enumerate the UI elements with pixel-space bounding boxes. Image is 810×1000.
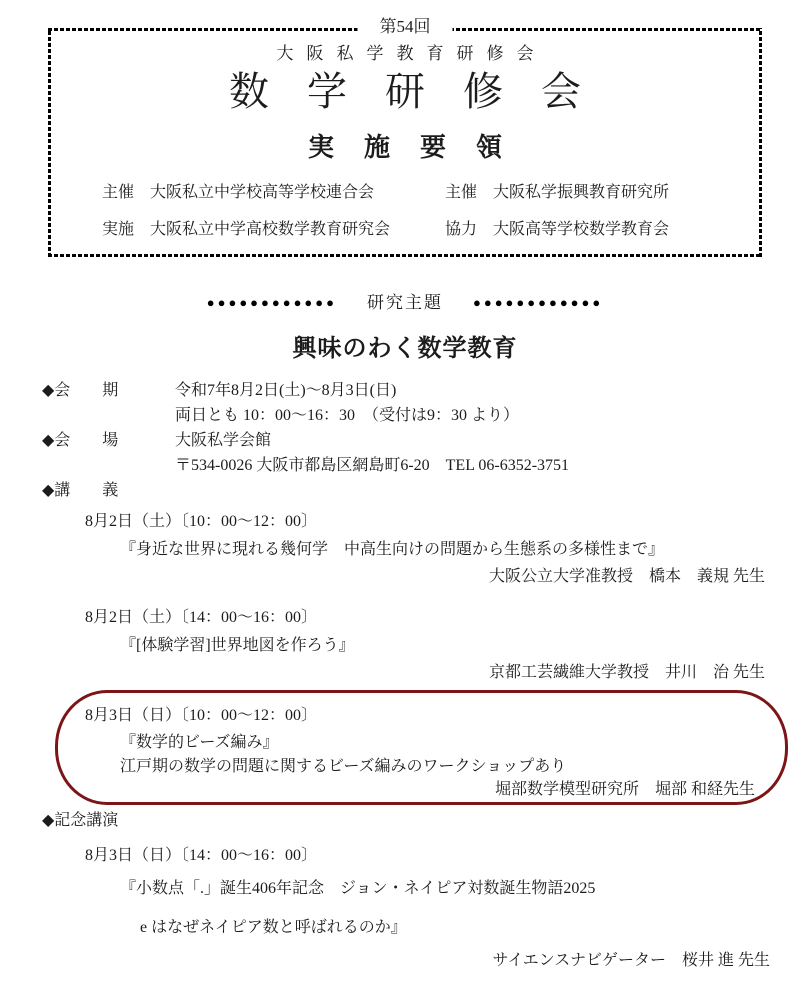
implementation-heading: 実施要領 [48, 132, 762, 162]
theme-title: 興味のわく数学教育 [0, 334, 810, 363]
venue-name: 大阪私学会館 [175, 431, 271, 450]
memorial-title-line2: e はなぜネイピア数と呼ばれるのか』 [42, 918, 810, 937]
lectures-heading-row: ◆講 義 [42, 481, 810, 500]
lecture-datetime: 8月2日（土）〔14：00～16：00〕 [85, 608, 765, 627]
lecture-datetime: 8月2日（土）〔10：00～12：00〕 [85, 512, 765, 531]
lecture-datetime: 8月3日（日）〔10：00～12：00〕 [85, 706, 755, 725]
lecture-block-3-highlighted: 8月3日（日）〔10：00～12：00〕 『数学的ビーズ編み』 江戸期の数学の問… [0, 690, 810, 807]
spacer [42, 406, 175, 425]
organizer-name: 大阪私学振興教育研究所 [493, 184, 669, 201]
memorial-datetime: 8月3日（日）〔14：00～16：00〕 [42, 846, 810, 865]
period-row: ◆会 期 令和7年8月2日(土)～8月3日(日) [42, 381, 810, 400]
session-number: 第54回 [358, 17, 453, 36]
venue-address: 〒534-0026 大阪市都島区網島町6-20 TEL 06-6352-3751 [175, 456, 569, 475]
memorial-lecture-section: ◆記念講演 8月3日（日）〔14：00～16：00〕 『小数点「.」誕生406年… [0, 811, 810, 970]
organizer-role: 主催 [102, 184, 134, 201]
dots-right-decoration: ●●●●●●●●●●●● [473, 296, 603, 309]
lecture-block-1: 8月2日（土）〔10：00～12：00〕 『身近な世界に現れる幾何学 中高生向け… [0, 512, 810, 586]
association-name: 大阪私学教育研修会 [48, 44, 762, 63]
event-title: 数学研修会 [48, 69, 762, 115]
lecture-title: 『身近な世界に現れる幾何学 中高生向けの問題から生態系の多様性まで』 [85, 540, 765, 559]
venue-row: ◆会 場 大阪私学会館 [42, 431, 810, 450]
organizer-role: 実施 [102, 221, 134, 238]
lecture-speaker: 大阪公立大学准教授 橋本 義規 先生 [85, 567, 765, 586]
organizer-name: 大阪私立中学高校数学教育研究会 [150, 221, 390, 238]
theme-row: ●●●●●●●●●●●● 研究主題 ●●●●●●●●●●●● [0, 293, 810, 312]
lecture-title: 『[体験学習]世界地図を作ろう』 [85, 636, 765, 655]
period-label: ◆会 期 [42, 381, 175, 400]
lectures-label: ◆講 義 [42, 481, 175, 500]
memorial-speaker: サイエンスナビゲーター 桜井 進 先生 [42, 951, 810, 970]
organizer-name: 大阪私立中学校高等学校連合会 [150, 184, 374, 201]
venue-address-row: 〒534-0026 大阪市都島区網島町6-20 TEL 06-6352-3751 [42, 456, 810, 475]
lecture-note: 江戸期の数学の問題に関するビーズ編みのワークショップあり [85, 757, 755, 776]
organizer-entry: 協力大阪高等学校数学教育会 [445, 220, 669, 239]
spacer [42, 456, 175, 475]
organizer-role: 協力 [445, 221, 477, 238]
dots-left-decoration: ●●●●●●●●●●●● [207, 296, 337, 309]
lecture-title: 『数学的ビーズ編み』 [85, 733, 755, 752]
period-hours: 両日とも 10：00～16：30 （受付は9：30 より） [175, 406, 519, 425]
theme-label: 研究主題 [367, 293, 443, 312]
organizer-entry: 主催大阪私学振興教育研究所 [445, 183, 669, 202]
organizer-entry: 実施大阪私立中学高校数学教育研究会 [102, 220, 445, 239]
lecture-speaker: 堀部数学模型研究所 堀部 和経先生 [85, 780, 755, 799]
organizer-name: 大阪高等学校数学教育会 [493, 221, 669, 238]
venue-label: ◆会 場 [42, 431, 175, 450]
period-hours-row: 両日とも 10：00～16：30 （受付は9：30 より） [42, 406, 810, 425]
lecture-block-2: 8月2日（土）〔14：00～16：00〕 『[体験学習]世界地図を作ろう』 京都… [0, 608, 810, 682]
memorial-label: ◆記念講演 [42, 811, 810, 830]
header-box: 第54回 大阪私学教育研修会 数学研修会 実施要領 主催大阪私立中学校高等学校連… [48, 28, 762, 257]
memorial-title-line1: 『小数点「.」誕生406年記念 ジョン・ネイピア対数誕生物語2025 [42, 879, 810, 898]
details-section: ◆会 期 令和7年8月2日(土)～8月3日(日) 両日とも 10：00～16：3… [0, 381, 810, 500]
document-page: 第54回 大阪私学教育研修会 数学研修会 実施要領 主催大阪私立中学校高等学校連… [0, 28, 810, 970]
period-dates: 令和7年8月2日(土)～8月3日(日) [175, 381, 396, 400]
organizer-entry: 主催大阪私立中学校高等学校連合会 [102, 183, 445, 202]
lecture-speaker: 京都工芸繊維大学教授 井川 治 先生 [85, 663, 765, 682]
organizer-role: 主催 [445, 184, 477, 201]
organizer-grid: 主催大阪私立中学校高等学校連合会 主催大阪私学振興教育研究所 実施大阪私立中学高… [48, 183, 762, 239]
